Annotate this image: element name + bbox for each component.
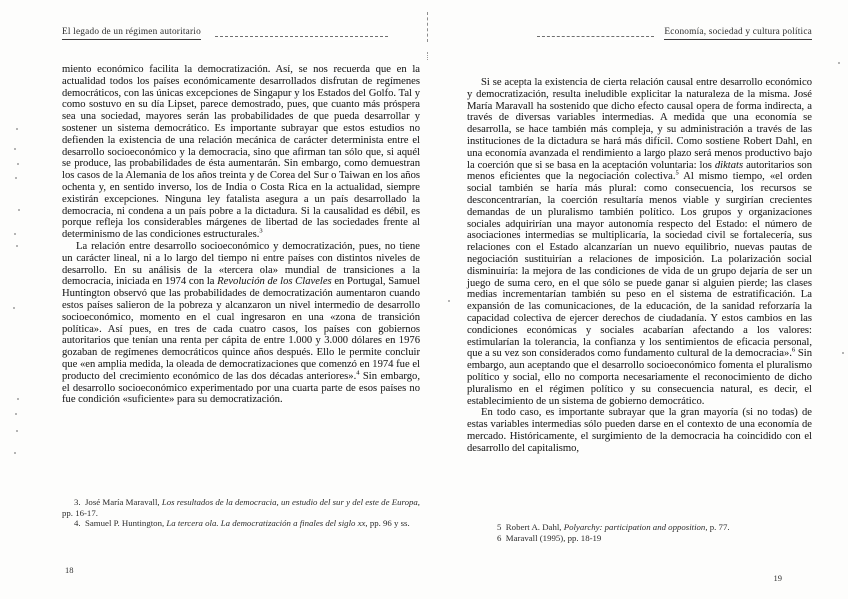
scan-speckle: [448, 300, 450, 302]
right-header-title: Economía, sociedad y cultura política: [664, 27, 812, 40]
right-page: Economía, sociedad y cultura política Si…: [467, 0, 812, 599]
paragraph: miento económico facilita la democratiza…: [62, 64, 420, 241]
paragraph: En todo caso, es importante subrayar que…: [467, 407, 812, 454]
right-running-header: Economía, sociedad y cultura política: [467, 27, 812, 40]
scan-speckle: [842, 352, 844, 354]
book-spread: El legado de un régimen autoritario mien…: [0, 0, 848, 599]
scan-speckle: [17, 398, 19, 400]
scan-speckle: [15, 177, 17, 179]
scan-speckle: [13, 307, 15, 309]
footnote: 6 Maravall (1995), pp. 18-19: [485, 533, 808, 544]
scan-speckle: [17, 163, 19, 165]
scan-speckle: [18, 209, 20, 211]
right-page-body: Si se acepta la existencia de cierta rel…: [467, 77, 812, 455]
left-running-header: El legado de un régimen autoritario: [62, 27, 420, 40]
footnote: 5 Robert A. Dahl, Polyarchy: participati…: [485, 522, 808, 533]
footnote: 4. Samuel P. Huntington, La tercera ola.…: [62, 518, 420, 529]
page-number-right: 19: [774, 573, 783, 583]
left-page: El legado de un régimen autoritario mien…: [62, 0, 420, 599]
paragraph: La relación entre desarrollo socioeconóm…: [62, 241, 420, 406]
left-page-body: miento económico facilita la democratiza…: [62, 64, 420, 406]
gutter-binding-mark: [427, 12, 428, 42]
footnote: 3. José María Maravall, Los resultados d…: [62, 497, 420, 518]
left-footnotes: 3. José María Maravall, Los resultados d…: [62, 497, 420, 529]
gutter-binding-mark: [427, 52, 428, 60]
page-number-left: 18: [65, 565, 74, 575]
header-rule: [537, 35, 654, 37]
scan-speckle: [15, 413, 17, 415]
header-rule: [215, 35, 388, 37]
scan-speckle: [16, 245, 18, 247]
scan-speckle: [16, 128, 18, 130]
scan-speckle: [14, 148, 16, 150]
right-footnotes: 5 Robert A. Dahl, Polyarchy: participati…: [485, 522, 808, 543]
left-header-title: El legado de un régimen autoritario: [62, 27, 201, 40]
paragraph: Si se acepta la existencia de cierta rel…: [467, 77, 812, 407]
scan-speckle: [16, 430, 18, 432]
scan-speckle: [14, 233, 16, 235]
scan-speckle: [838, 62, 840, 64]
scan-speckle: [14, 452, 16, 454]
